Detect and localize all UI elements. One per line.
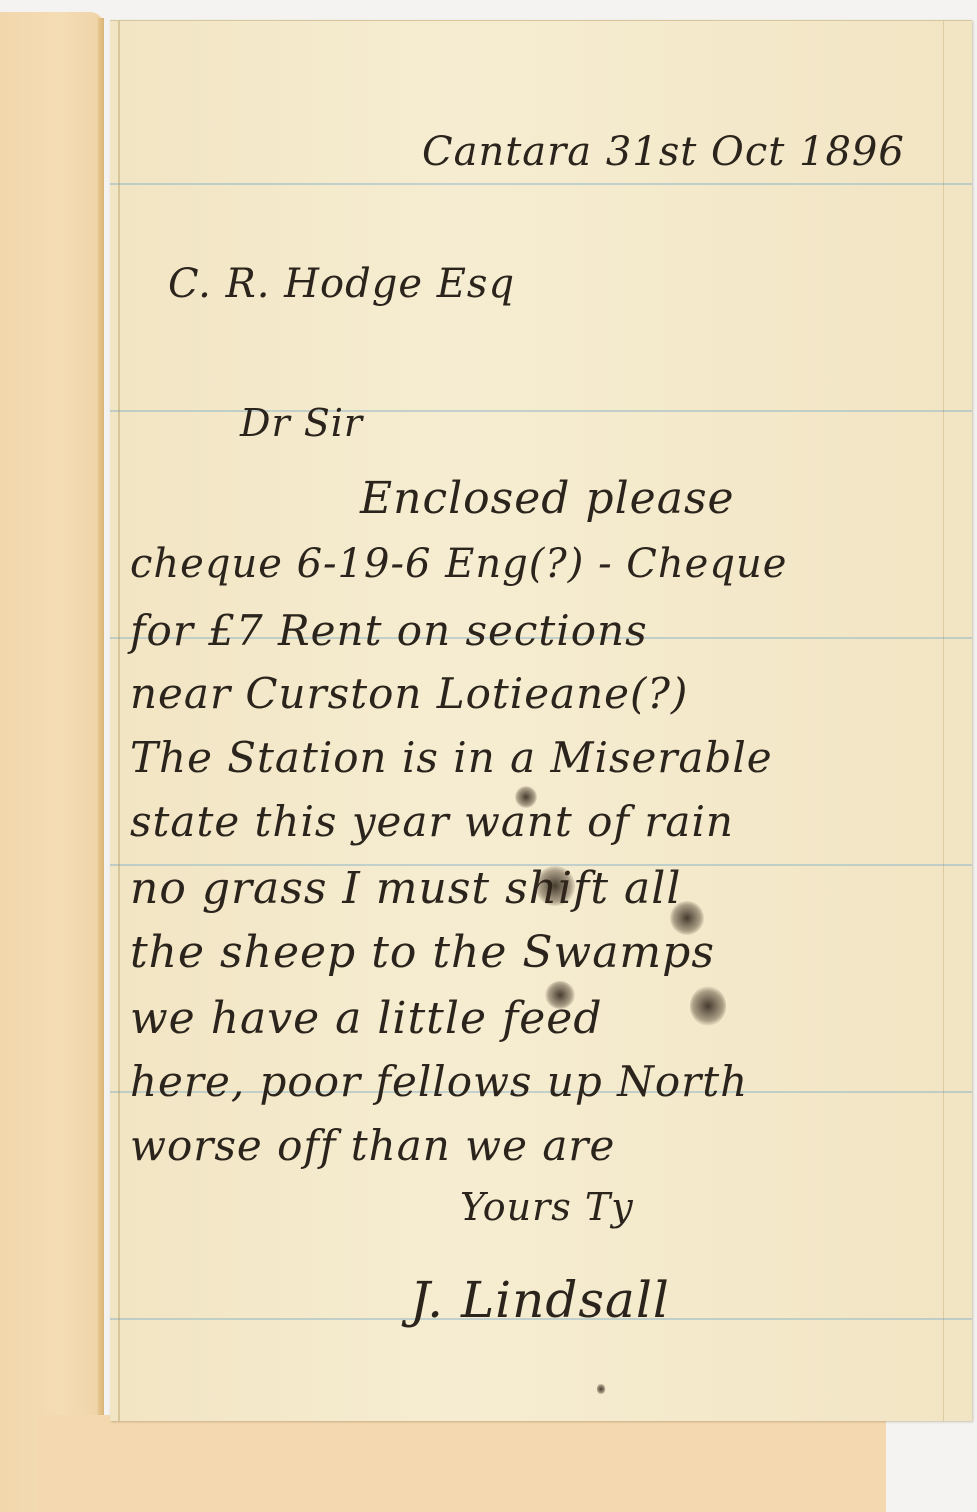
signature: J. Lindsall <box>410 1271 670 1329</box>
body-line-2: cheque 6-19-6 Eng(?) - Cheque <box>130 541 787 587</box>
ink-blot <box>515 786 537 808</box>
underlying-page-left <box>0 12 104 1512</box>
fold-line-right <box>943 21 944 1421</box>
dateline: Cantara 31st Oct 1896 <box>422 129 905 175</box>
ink-blot <box>545 981 575 1009</box>
page-edge <box>98 18 104 1512</box>
body-line-11: worse off than we are <box>130 1121 615 1170</box>
salutation: Dr Sir <box>240 401 363 445</box>
ink-blot <box>670 901 704 935</box>
body-line-1: Enclosed please <box>360 473 735 524</box>
body-line-6: state this year want of rain <box>130 797 734 846</box>
ink-spot <box>597 1383 605 1395</box>
body-line-3: for £7 Rent on sections <box>130 606 648 655</box>
underlying-page-bottom <box>38 1415 886 1512</box>
fold-line-left <box>118 21 120 1421</box>
body-line-5: The Station is in a Miserable <box>130 733 773 782</box>
recipient-name: C. R. Hodge Esq <box>168 261 515 307</box>
body-line-7: no grass I must shift all <box>130 863 681 914</box>
body-line-9: we have a little feed <box>130 993 603 1044</box>
body-line-10: here, poor fellows up North <box>130 1057 748 1106</box>
ink-blot <box>535 866 575 906</box>
closing: Yours Ty <box>460 1185 634 1229</box>
body-line-4: near Curston Lotieane(?) <box>130 669 688 718</box>
ink-blot <box>690 986 726 1026</box>
letter-sheet: Cantara 31st Oct 1896 C. R. Hodge Esq Dr… <box>110 20 972 1421</box>
body-line-8: the sheep to the Swamps <box>130 927 715 978</box>
